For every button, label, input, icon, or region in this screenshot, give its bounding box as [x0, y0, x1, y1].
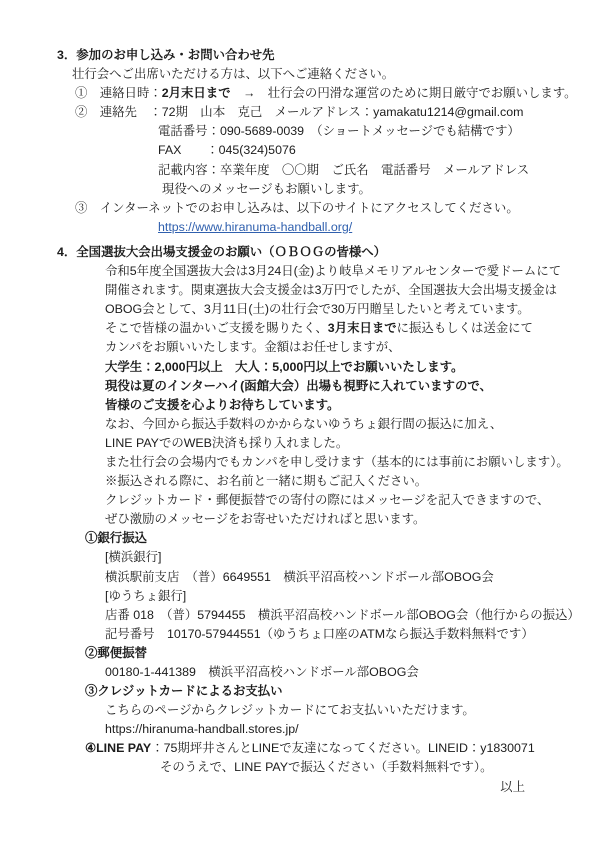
section3-intro: 壮行会へご出席いただける方は、以下へご連絡ください。 [0, 65, 595, 84]
support-para-14: ぜひ激励のメッセージをお寄せいただければと思います。 [0, 510, 595, 529]
support-deadline-date: 3月末日まで [328, 321, 397, 335]
linepay-detail-line: そのうえで、LINE PAYで振込ください（手数料無料です）。 [0, 758, 595, 777]
yokohama-bank-label: [横浜銀行] [0, 548, 595, 567]
support-thanks-line: 皆様のご支援を心よりお待ちしています。 [0, 396, 595, 415]
yucho-bank-label: [ゆうちょ銀行] [0, 587, 595, 606]
support-amount-line: 大学生：2,000円以上 大人：5,000円以上でお願いいたします。 [0, 358, 595, 377]
application-site-link[interactable]: https://www.hiranuma-handball.org/ [158, 220, 352, 234]
linepay-line: ④LINE PAY：75期坪井さんとLINEで友達になってください。LINEID… [0, 739, 595, 758]
postal-transfer-heading: ②郵便振替 [0, 644, 595, 663]
section-support-fund: 4．全国選抜大会出場支援金のお願い（ＯＢＯＧの皆様へ） 令和5年度全国選抜大会は… [0, 243, 595, 778]
closing-ijo: 以上 [0, 778, 595, 797]
section3-heading: 3．参加のお申し込み・お問い合わせ先 [0, 46, 595, 65]
bank-transfer-heading: ①銀行振込 [0, 529, 595, 548]
application-link-line: https://www.hiranuma-handball.org/ [0, 218, 595, 237]
contact-fax-line: FAX ：045(324)5076 [0, 141, 595, 160]
yucho-bank-account: 店番 018 （普）5794455 横浜平沼高校ハンドボール部OBOG会（他行か… [0, 606, 595, 625]
credit-card-detail: こちらのページからクレジットカードにてお支払いいただけます。 [0, 701, 595, 720]
internet-application-line: ③ インターネットでのお申し込みは、以下のサイトにアクセスしてください。 [0, 199, 595, 218]
support-para-5: カンパをお願いいたします。金額はお任せしますが、 [0, 338, 595, 357]
support-para-1: 令和5年度全国選抜大会は3月24日(金)より岐阜メモリアルセンターで愛ドームにて [0, 262, 595, 281]
contact-person-line: ② 連絡先 ：72期 山本 克己 メールアドレス：yamakatu1214@gm… [0, 103, 595, 122]
section4-heading: 4．全国選抜大会出場支援金のお願い（ＯＢＯＧの皆様へ） [0, 243, 595, 262]
yokohama-bank-account: 横浜駅前支店 （普）6649551 横浜平沼高校ハンドボール部OBOG会 [0, 568, 595, 587]
contact-content-line: 記載内容：卒業年度 〇〇期 ご氏名 電話番号 メールアドレス [0, 161, 595, 180]
deadline-date: 2月末日まで [162, 86, 231, 100]
support-para-9: なお、今回から振込手数料のかからないゆうちょ銀行間の振込に加え、 [0, 415, 595, 434]
linepay-instruction: ：75期坪井さんとLINEで友達になってください。LINEID：y1830071 [151, 741, 535, 755]
document-page: 3．参加のお申し込み・お問い合わせ先 壮行会へご出席いただける方は、以下へご連絡… [0, 0, 595, 841]
support-note-line: ※振込される際に、お名前と一緒に期もご記入ください。 [0, 472, 595, 491]
deadline-rest: → 壮行会の円滑な運営のために期日厳守でお願いします。 [231, 86, 577, 100]
contact-deadline-line: ① 連絡日時：2月末日まで → 壮行会の円滑な運営のために期日厳守でお願いします… [0, 84, 595, 103]
section-application: 3．参加のお申し込み・お問い合わせ先 壮行会へご出席いただける方は、以下へご連絡… [0, 46, 595, 237]
support-para-4-rest: に振込もしくは送金にて [397, 321, 533, 335]
contact-phone-line: 電話番号：090-5689-0039 （ショートメッセージでも結構です） [0, 122, 595, 141]
deadline-prefix: ① 連絡日時： [75, 86, 162, 100]
credit-card-heading: ③クレジットカードによるお支払い [0, 682, 595, 701]
support-para-3: OBOG会として、3月11日(土)の壮行会で30万円贈呈したいと考えています。 [0, 300, 595, 319]
support-para-13: クレジットカード・郵便振替での寄付の際にはメッセージを記入できますので、 [0, 491, 595, 510]
support-para-4: そこで皆様の温かいご支援を賜りたく、3月末日までに振込もしくは送金にて [0, 319, 595, 338]
contact-message-line: 現役へのメッセージもお願いします。 [0, 180, 595, 199]
support-para-2: 開催されます。関東選抜大会支援金は3万円でしたが、全国選抜大会出場支援金は [0, 281, 595, 300]
support-para-10: LINE PAYでのWEB決済も採り入れました。 [0, 434, 595, 453]
support-para-11: また壮行会の会場内でもカンパを申し受けます（基本的には事前にお願いします）。 [0, 453, 595, 472]
yucho-bank-code: 記号番号 10170-57944551（ゆうちょ口座のATMなら振込手数料無料で… [0, 625, 595, 644]
postal-transfer-account: 00180-1-441389 横浜平沼高校ハンドボール部OBOG会 [0, 663, 595, 682]
support-interhigh-line: 現役は夏のインターハイ(函館大会）出場も視野に入れていますので、 [0, 377, 595, 396]
credit-card-url: https://hiranuma-handball.stores.jp/ [0, 720, 595, 739]
support-para-4-prefix: そこで皆様の温かいご支援を賜りたく、 [105, 321, 328, 335]
linepay-heading: ④LINE PAY [85, 741, 151, 755]
